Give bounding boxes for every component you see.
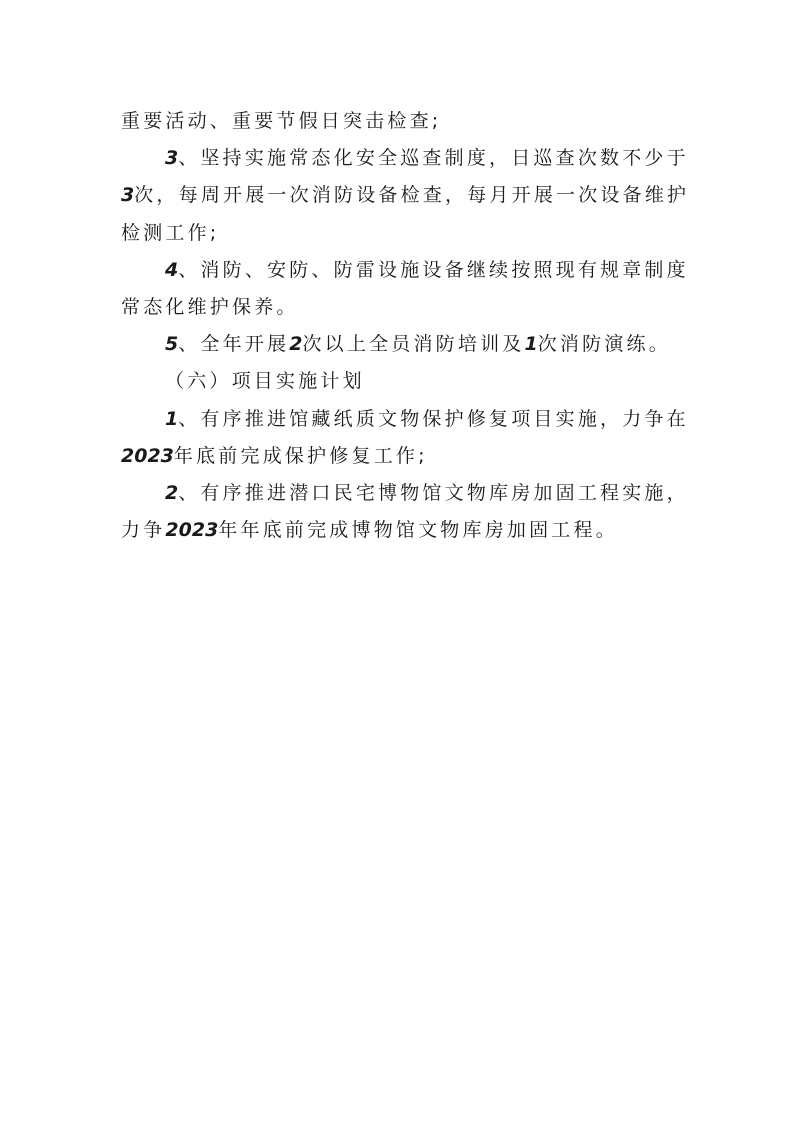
numeral: 1 xyxy=(165,408,178,430)
list-item-4: 4、消防、安防、防雷设施设备继续按照现有规章制度 xyxy=(121,252,673,289)
numeral: 1 xyxy=(525,333,538,355)
section-heading: （六）项目实施计划 xyxy=(121,363,673,400)
list-item-2: 2、有序推进潜口民宅博物馆文物库房加固工程实施， xyxy=(121,475,673,512)
text-line-continuation: 2023年底前完成保护修复工作; xyxy=(121,438,673,475)
numeral: 2023 xyxy=(121,445,174,467)
list-item-3: 3、坚持实施常态化安全巡查制度，日巡查次数不少于 xyxy=(121,140,673,177)
text-line-continuation: 力争2023年年底前完成博物馆文物库房加固工程。 xyxy=(121,512,673,549)
numeral: 5 xyxy=(165,333,178,355)
document-page: 重要活动、重要节假日突击检查; 3、坚持实施常态化安全巡查制度，日巡查次数不少于… xyxy=(121,103,673,549)
numeral: 2 xyxy=(289,333,302,355)
text-line-continuation: 重要活动、重要节假日突击检查; xyxy=(121,103,673,140)
text-line-continuation: 常态化维护保养。 xyxy=(121,289,673,326)
text-line-continuation: 检测工作; xyxy=(121,215,673,252)
text-line-continuation: 3次，每周开展一次消防设备检查，每月开展一次设备维护 xyxy=(121,177,673,214)
list-item-5: 5、全年开展2次以上全员消防培训及1次消防演练。 xyxy=(121,326,673,363)
numeral: 2023 xyxy=(165,519,218,541)
numeral: 4 xyxy=(165,259,178,281)
list-item-1: 1、有序推进馆藏纸质文物保护修复项目实施，力争在 xyxy=(121,401,673,438)
numeral: 3 xyxy=(121,184,134,206)
numeral: 3 xyxy=(165,147,178,169)
numeral: 2 xyxy=(165,482,178,504)
